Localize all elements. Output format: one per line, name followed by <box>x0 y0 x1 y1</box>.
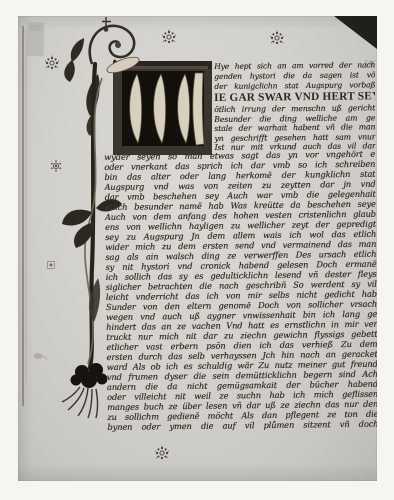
rubric-block: Hye hept sich an am vorred der nachgende… <box>214 60 375 91</box>
ink-smudge <box>34 353 47 360</box>
body-text-block: wyder seyen so man etwas sagt das yn vor… <box>104 149 377 432</box>
star-ornament <box>270 31 284 45</box>
tassel-strands <box>62 387 98 418</box>
manuscript-photo: W Hye hept sich an am vorred der nachgen… <box>18 16 377 481</box>
star-ornament <box>155 446 169 460</box>
square-ornament <box>48 262 55 269</box>
dot-star-ornament <box>51 160 61 172</box>
page-edge-line <box>23 26 27 406</box>
star-ornament <box>45 56 59 70</box>
star-ornament <box>162 30 176 44</box>
side-text-block: ötlich irrung der menschn uß gerichtBesu… <box>214 103 375 153</box>
dark-corner-triangle <box>334 16 377 49</box>
stamp-smudge <box>26 22 44 57</box>
illuminated-initial-box <box>105 54 212 155</box>
